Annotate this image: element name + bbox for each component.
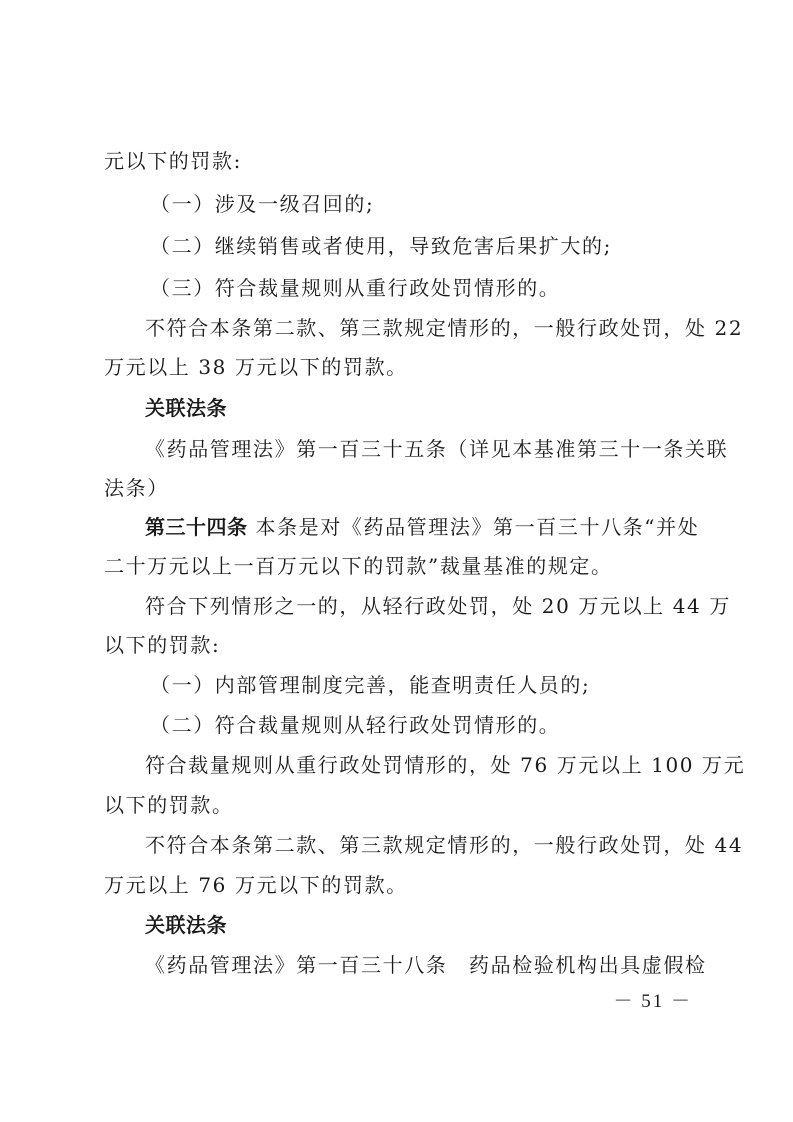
article-line: 第三十四条 本条是对《药品管理法》第一百三十八条“并处 (145, 514, 694, 540)
article-heading: 第三十四条 (145, 515, 248, 539)
paragraph-line: 以下的罚款: (104, 632, 694, 658)
list-item: （二）继续销售或者使用，导致危害后果扩大的; (150, 233, 694, 259)
list-item: （一）涉及一级召回的; (150, 191, 694, 217)
paragraph-line: 万元以上 38 万元以下的罚款。 (104, 354, 694, 380)
page-number: － 51 － (613, 990, 692, 1014)
paragraph-line: 元以下的罚款: (104, 148, 694, 174)
paragraph-line: 符合下列情形之一的，从轻行政处罚，处 20 万元以上 44 万 (145, 593, 694, 619)
list-item: （一）内部管理制度完善，能查明责任人员的; (150, 672, 694, 698)
article-text: 本条是对《药品管理法》第一百三十八条“并处 (255, 515, 699, 539)
section-heading: 关联法条 (145, 912, 694, 938)
paragraph-line: 万元以上 76 万元以下的罚款。 (104, 872, 694, 898)
paragraph-line: 《药品管理法》第一百三十八条 药品检验机构出具虚假检 (145, 952, 694, 978)
paragraph-line: 不符合本条第二款、第三款规定情形的，一般行政处罚，处 22 (145, 315, 694, 341)
paragraph-line: 不符合本条第二款、第三款规定情形的，一般行政处罚，处 44 (145, 832, 694, 858)
paragraph-line: 二十万元以上一百万元以下的罚款”裁量基准的规定。 (104, 553, 694, 579)
paragraph-line: 以下的罚款。 (104, 792, 694, 818)
section-heading: 关联法条 (145, 395, 694, 421)
paragraph-line: 法条） (104, 475, 694, 501)
paragraph-line: 符合裁量规则从重行政处罚情形的，处 76 万元以上 100 万元 (145, 752, 694, 778)
list-item: （二）符合裁量规则从轻行政处罚情形的。 (150, 712, 694, 738)
list-item: （三）符合裁量规则从重行政处罚情形的。 (150, 275, 694, 301)
paragraph-line: 《药品管理法》第一百三十五条（详见本基准第三十一条关联 (145, 436, 694, 462)
